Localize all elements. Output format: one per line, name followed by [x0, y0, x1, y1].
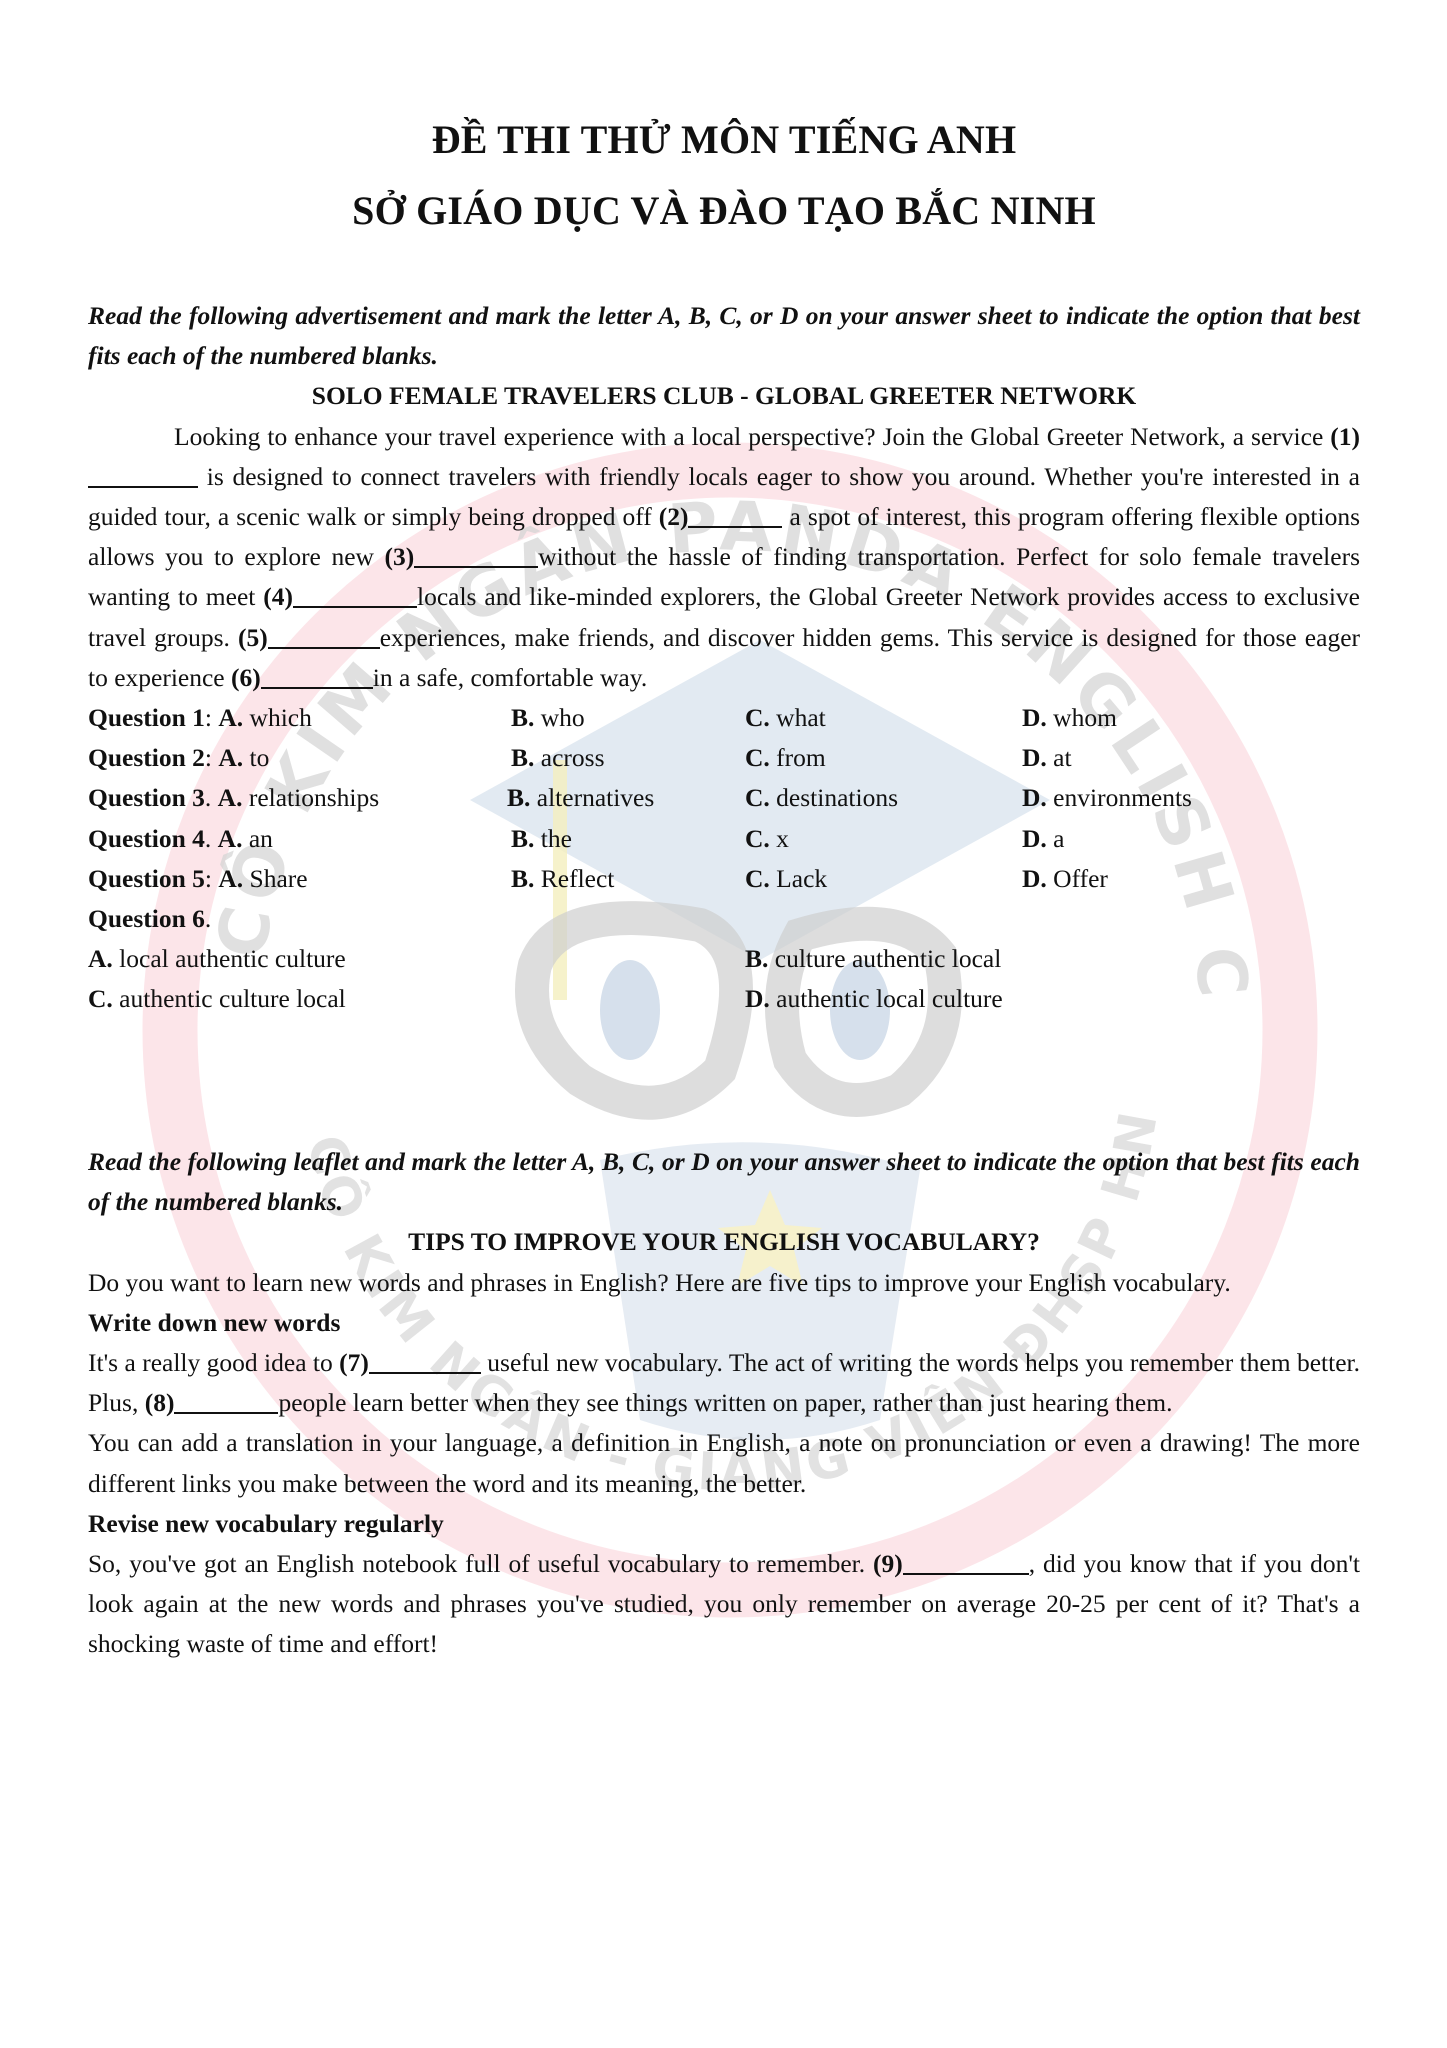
blank-8-number: (8)	[145, 1388, 175, 1417]
blank-4-number: (4)	[263, 582, 293, 611]
exam-subtitle: SỞ GIÁO DỤC VÀ ĐÀO TẠO BẮC NINH	[88, 178, 1360, 244]
question-list: Question 1: A. which B. who C. what D. w…	[88, 698, 1360, 1020]
option-c[interactable]: C. Lack	[745, 864, 827, 893]
blank-6-number: (6)	[231, 663, 261, 692]
option-d[interactable]: D. a	[1022, 824, 1065, 853]
blank-9-number: (9)	[873, 1549, 903, 1578]
question-row: Question 5: A. Share B. Reflect C. Lack …	[88, 859, 1360, 899]
question-label: Question 5	[88, 864, 205, 893]
exam-title: ĐỀ THI THỬ MÔN TIẾNG ANH	[88, 107, 1360, 173]
tip-1-title: Write down new words	[88, 1303, 1360, 1343]
option-a[interactable]: A. which	[218, 703, 312, 732]
question-label: Question 4	[88, 824, 205, 853]
option-a[interactable]: A. local authentic culture	[88, 944, 346, 973]
blank-7-number: (7)	[339, 1348, 369, 1377]
blank-6	[261, 663, 373, 689]
section1-instruction: Read the following advertisement and mar…	[88, 296, 1360, 376]
option-b[interactable]: B. culture authentic local	[745, 944, 1001, 973]
option-b[interactable]: B. across	[511, 743, 605, 772]
option-d[interactable]: D. authentic local culture	[745, 984, 1003, 1013]
question-row: C. authentic culture local D. authentic …	[88, 979, 1360, 1019]
blank-7	[369, 1348, 481, 1374]
section-leaflet: Read the following leaflet and mark the …	[88, 1142, 1360, 1665]
option-c[interactable]: C. authentic culture local	[88, 984, 346, 1013]
option-d[interactable]: D. whom	[1022, 703, 1117, 732]
option-d[interactable]: D. Offer	[1022, 864, 1108, 893]
option-c[interactable]: C. what	[745, 703, 826, 732]
option-b[interactable]: B. Reflect	[511, 864, 614, 893]
blank-1-number: (1)	[1330, 422, 1360, 451]
blank-3	[414, 542, 538, 568]
question-row: Question 4. A. an B. the C. x D. a	[88, 819, 1360, 859]
section1-heading: SOLO FEMALE TRAVELERS CLUB - GLOBAL GREE…	[88, 376, 1360, 416]
option-a[interactable]: A. to	[218, 743, 269, 772]
blank-5	[268, 623, 380, 649]
question-row: Question 3. A. relationships B. alternat…	[88, 778, 1360, 818]
tip-1-paragraph-2: You can add a translation in your langua…	[88, 1423, 1360, 1503]
question-label: Question 3	[88, 783, 205, 812]
option-b[interactable]: B. alternatives	[507, 783, 654, 812]
leaflet-intro: Do you want to learn new words and phras…	[88, 1263, 1360, 1303]
option-c[interactable]: C. from	[745, 743, 826, 772]
option-a[interactable]: A. Share	[218, 864, 307, 893]
option-a[interactable]: A. an	[218, 824, 273, 853]
option-d[interactable]: D. at	[1022, 743, 1072, 772]
option-b[interactable]: B. who	[511, 703, 585, 732]
question-row: A. local authentic culture B. culture au…	[88, 939, 1360, 979]
option-b[interactable]: B. the	[511, 824, 572, 853]
blank-2	[688, 502, 782, 528]
blank-2-number: (2)	[659, 502, 689, 531]
blank-3-number: (3)	[385, 542, 415, 571]
question-label: Question 1	[88, 703, 205, 732]
blank-5-number: (5)	[238, 623, 268, 652]
blank-9	[903, 1549, 1029, 1575]
question-row: Question 2: A. to B. across C. from D. a…	[88, 738, 1360, 778]
question-label: Question 6	[88, 899, 205, 939]
option-c[interactable]: C. x	[745, 824, 789, 853]
option-c[interactable]: C. destinations	[745, 783, 898, 812]
question-row: Question 1: A. which B. who C. what D. w…	[88, 698, 1360, 738]
option-a[interactable]: A. relationships	[218, 783, 380, 812]
tip-2-title: Revise new vocabulary regularly	[88, 1504, 1360, 1544]
section-advertisement: Read the following advertisement and mar…	[88, 296, 1360, 1020]
blank-4	[293, 582, 417, 608]
section2-heading: TIPS TO IMPROVE YOUR ENGLISH VOCABULARY?	[88, 1222, 1360, 1262]
blank-1	[88, 462, 198, 488]
tip-1-paragraph: It's a really good idea to (7) useful ne…	[88, 1343, 1360, 1423]
question-6: Question 6. A. local authentic culture B…	[88, 899, 1360, 1020]
question-label: Question 2	[88, 743, 205, 772]
section2-instruction: Read the following leaflet and mark the …	[88, 1142, 1360, 1222]
tip-2-paragraph: So, you've got an English notebook full …	[88, 1544, 1360, 1665]
option-d[interactable]: D. environments	[1022, 783, 1192, 812]
advertisement-passage: Looking to enhance your travel experienc…	[88, 417, 1360, 698]
blank-8	[174, 1388, 278, 1414]
